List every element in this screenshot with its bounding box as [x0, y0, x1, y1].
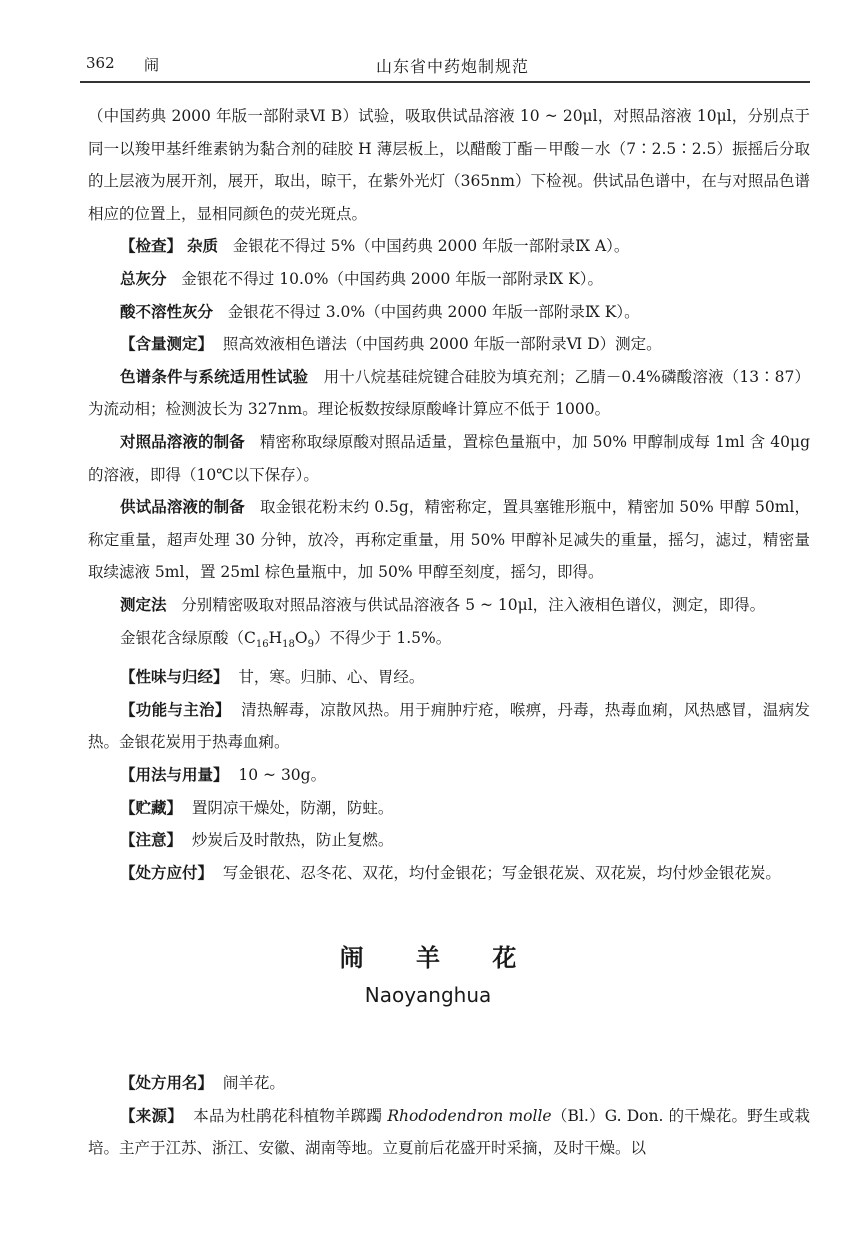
dosage-paragraph: 【用法与用量】 10 ~ 30g。 [88, 759, 810, 792]
formula-element: O [295, 629, 308, 647]
method-label: 测定法 [120, 596, 167, 614]
impurity-text: 金银花不得过 5%（中国药典 2000 年版一部附录Ⅸ A）。 [233, 237, 630, 255]
nature-paragraph: 【性味与归经】 甘，寒。归肺、心、胃经。 [88, 661, 810, 694]
storage-label: 【贮藏】 [120, 799, 182, 817]
prescription-label: 【处方应付】 [120, 864, 213, 882]
chrom-conditions-paragraph: 色谱条件与系统适用性试验 用十八烷基硅烷键合硅胶为填充剂；乙腈－0.4%磷酸溶液… [88, 361, 810, 426]
nature-label: 【性味与归经】 [120, 668, 229, 686]
inspection-impurity: 【检查】 杂质 金银花不得过 5%（中国药典 2000 年版一部附录Ⅸ A）。 [88, 230, 810, 263]
inspection-acid-ash: 酸不溶性灰分 金银花不得过 3.0%（中国药典 2000 年版一部附录Ⅸ K）。 [88, 296, 810, 329]
dosage-text: 10 ~ 30g。 [238, 766, 326, 784]
section-character: 闹 [144, 54, 159, 75]
impurity-label: 杂质 [187, 237, 218, 255]
assay-label: 【含量测定】 [120, 335, 213, 353]
method-text: 分别精密吸取对照品溶液与供试品溶液各 5 ~ 10μl，注入液相色谱仪，测定，即… [181, 596, 765, 614]
acid-ash-label: 酸不溶性灰分 [120, 303, 213, 321]
document-page: 362 闹 山东省中药炮制规范 （中国药典 2000 年版一部附录Ⅵ B）试验，… [0, 0, 856, 1239]
page-number: 362 [86, 54, 115, 72]
caution-label: 【注意】 [120, 831, 182, 849]
formula-element: H [269, 629, 283, 647]
function-paragraph: 【功能与主治】 清热解毒，凉散风热。用于痈肿疔疮，喉痹，丹毒，热毒血痢，风热感冒… [88, 694, 810, 759]
inspection-total-ash: 总灰分 金银花不得过 10.0%（中国药典 2000 年版一部附录Ⅸ K）。 [88, 263, 810, 296]
monograph-title-chinese: 闹 羊 花 [22, 938, 856, 973]
reference-solution-label: 对照品溶液的制备 [120, 433, 245, 451]
latin-name: Rhododendron molle [387, 1107, 551, 1125]
latin-author: （Bl.）G. Don. [552, 1107, 664, 1125]
book-title: 山东省中药炮制规范 [376, 54, 529, 77]
prescription-text: 写金银花、忍冬花、双花，均付金银花；写金银花炭、双花炭，均付炒金银花炭。 [223, 864, 781, 882]
formula-subscript: 18 [282, 639, 295, 650]
content-limit-pre: 金银花含绿原酸（C [120, 629, 256, 647]
rx-name-paragraph: 【处方用名】 闹羊花。 [88, 1067, 810, 1100]
assay-paragraph: 【含量测定】 照高效液相色谱法（中国药典 2000 年版一部附录Ⅵ D）测定。 [88, 328, 810, 361]
reference-solution-paragraph: 对照品溶液的制备 精密称取绿原酸对照品适量，置棕色量瓶中，加 50% 甲醇制成每… [88, 426, 810, 491]
content-limit-paragraph: 金银花含绿原酸（C16H18O9）不得少于 1.5%。 [88, 622, 810, 662]
rx-name-text: 闹羊花。 [223, 1074, 285, 1092]
test-solution-paragraph: 供试品溶液的制备 取金银花粉末约 0.5g，精密称定，置具塞锥形瓶中，精密加 5… [88, 491, 810, 589]
nature-text: 甘，寒。归肺、心、胃经。 [238, 668, 424, 686]
storage-text: 置阴凉干燥处，防潮，防蛀。 [192, 799, 394, 817]
caution-text: 炒炭后及时散热，防止复燃。 [192, 831, 394, 849]
rx-name-label: 【处方用名】 [120, 1074, 213, 1092]
caution-paragraph: 【注意】 炒炭后及时散热，防止复燃。 [88, 824, 810, 857]
dosage-label: 【用法与用量】 [120, 766, 229, 784]
source-paragraph: 【来源】 本品为杜鹃花科植物羊踯躅 Rhododendron molle（Bl.… [88, 1100, 810, 1165]
method-paragraph: 测定法 分别精密吸取对照品溶液与供试品溶液各 5 ~ 10μl，注入液相色谱仪，… [88, 589, 810, 622]
total-ash-label: 总灰分 [120, 270, 167, 288]
total-ash-text: 金银花不得过 10.0%（中国药典 2000 年版一部附录Ⅸ K）。 [181, 270, 603, 288]
storage-paragraph: 【贮藏】 置阴凉干燥处，防潮，防蛀。 [88, 792, 810, 825]
assay-text: 照高效液相色谱法（中国药典 2000 年版一部附录Ⅵ D）测定。 [223, 335, 662, 353]
test-solution-label: 供试品溶液的制备 [120, 498, 245, 516]
source-label: 【来源】 [120, 1107, 183, 1125]
running-header: 362 闹 山东省中药炮制规范 [86, 50, 808, 80]
header-rule [80, 81, 810, 83]
formula-subscript: 16 [256, 639, 269, 650]
acid-ash-text: 金银花不得过 3.0%（中国药典 2000 年版一部附录Ⅸ K）。 [228, 303, 640, 321]
function-label: 【功能与主治】 [120, 701, 231, 719]
monograph-title-block: 闹 羊 花 Naoyanghua [0, 938, 856, 1007]
monograph-title-pinyin: Naoyanghua [0, 983, 856, 1007]
prescription-paragraph: 【处方应付】 写金银花、忍冬花、双花，均付金银花；写金银花炭、双花炭，均付炒金银… [88, 857, 810, 890]
content-limit-post: ）不得少于 1.5%。 [314, 629, 451, 647]
naoyanghua-section: 【处方用名】 闹羊花。 【来源】 本品为杜鹃花科植物羊踯躅 Rhododendr… [88, 1067, 810, 1165]
jinyinhua-continued-section: （中国药典 2000 年版一部附录Ⅵ B）试验，吸取供试品溶液 10 ~ 20μ… [88, 100, 810, 889]
source-text-pre: 本品为杜鹃花科植物羊踯躅 [193, 1107, 387, 1125]
inspection-label: 【检查】 [120, 237, 182, 255]
identification-paragraph: （中国药典 2000 年版一部附录Ⅵ B）试验，吸取供试品溶液 10 ~ 20μ… [88, 100, 810, 230]
chrom-conditions-label: 色谱条件与系统适用性试验 [120, 368, 308, 386]
